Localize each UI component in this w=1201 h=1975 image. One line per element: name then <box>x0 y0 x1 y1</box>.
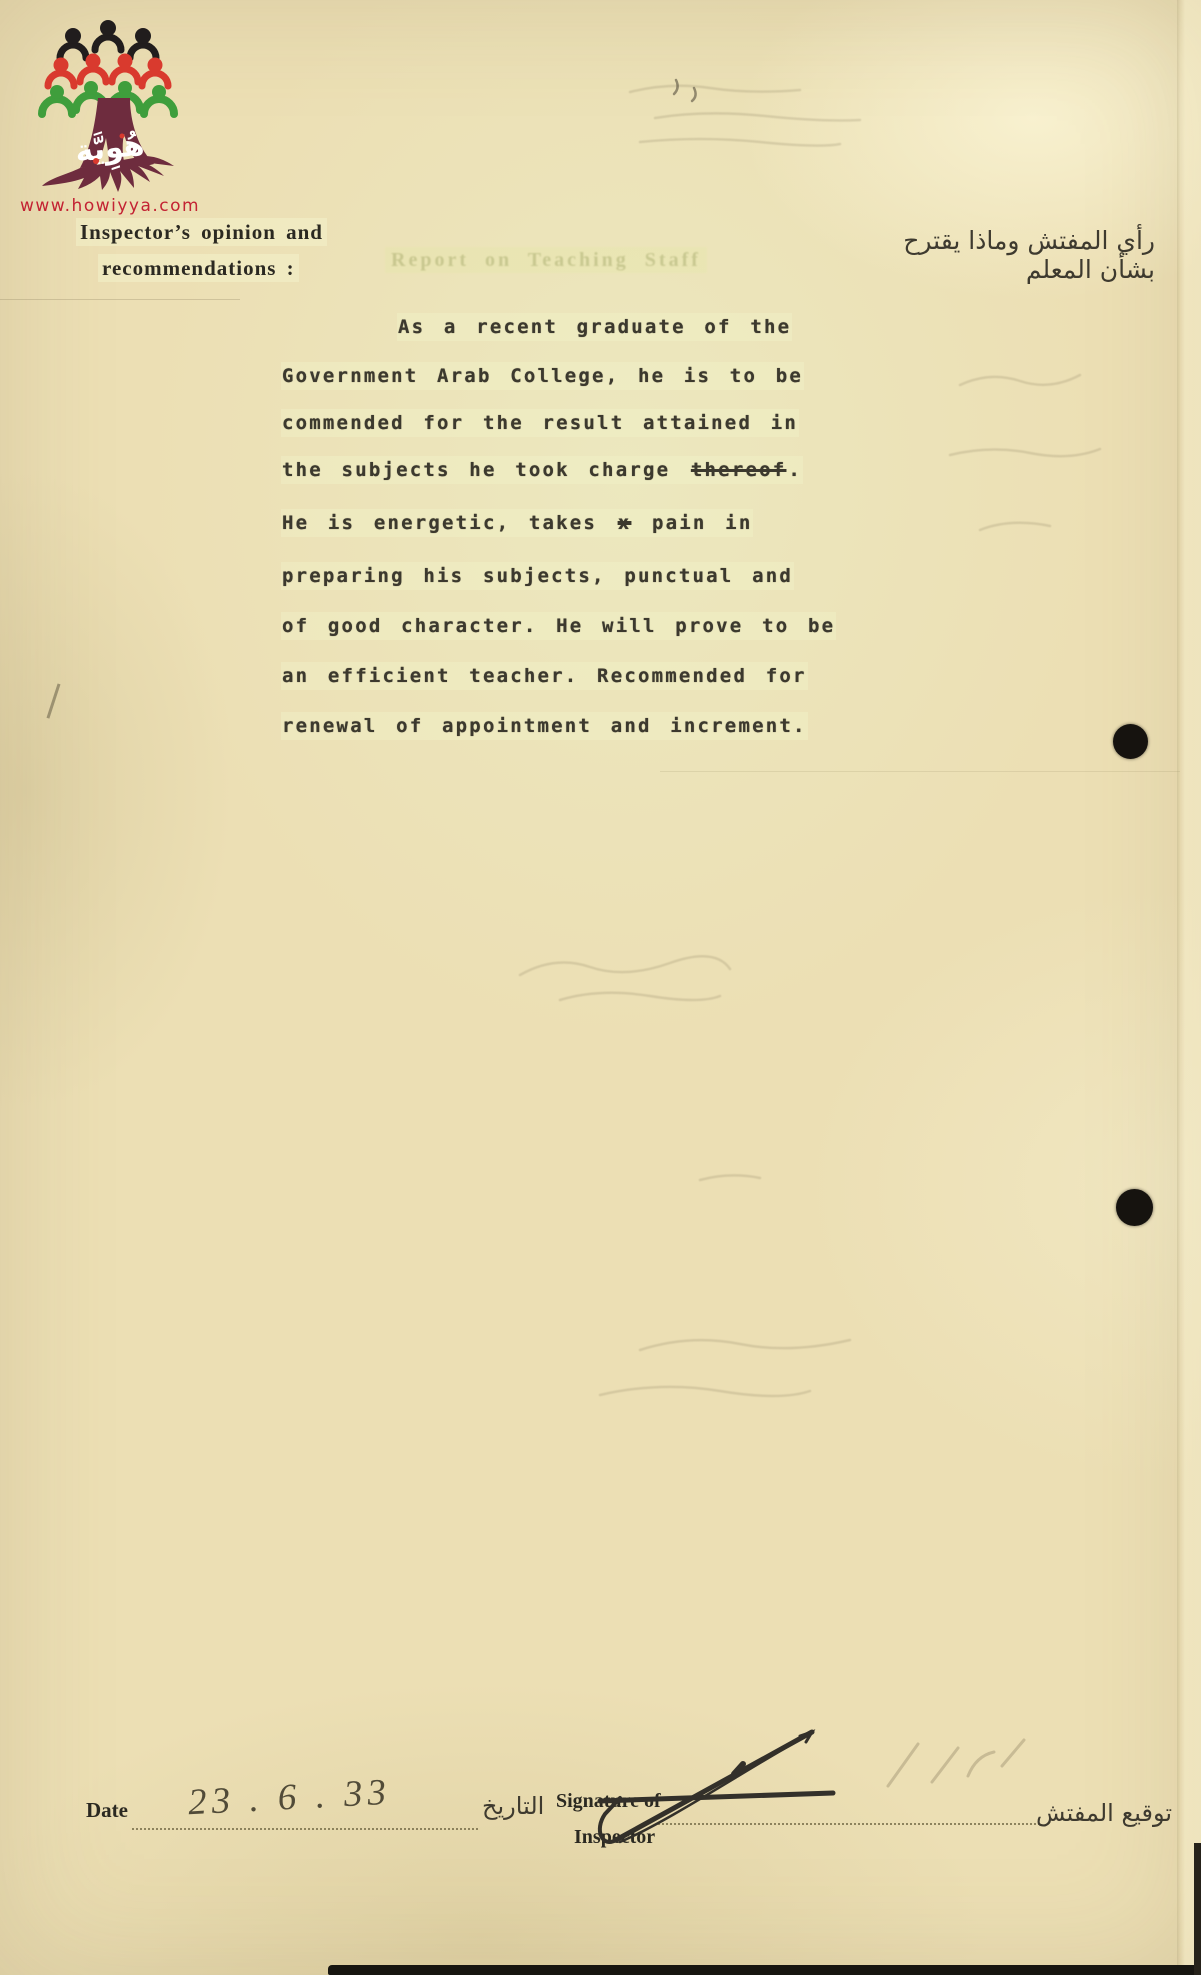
bleedthrough-marks <box>0 0 1201 1975</box>
scan-right-edge <box>1194 1843 1201 1975</box>
scan-bottom-edge <box>328 1965 1201 1975</box>
inspector-signature-mark <box>588 1722 848 1847</box>
document-page: هُوِيَّة www.howiyya.com Inspector’s opi… <box>0 0 1201 1975</box>
date-label-arabic: التاريخ <box>482 1792 544 1820</box>
date-label: Date <box>86 1798 128 1823</box>
signature-label-arabic: توقيع المفتش <box>1036 1799 1172 1827</box>
